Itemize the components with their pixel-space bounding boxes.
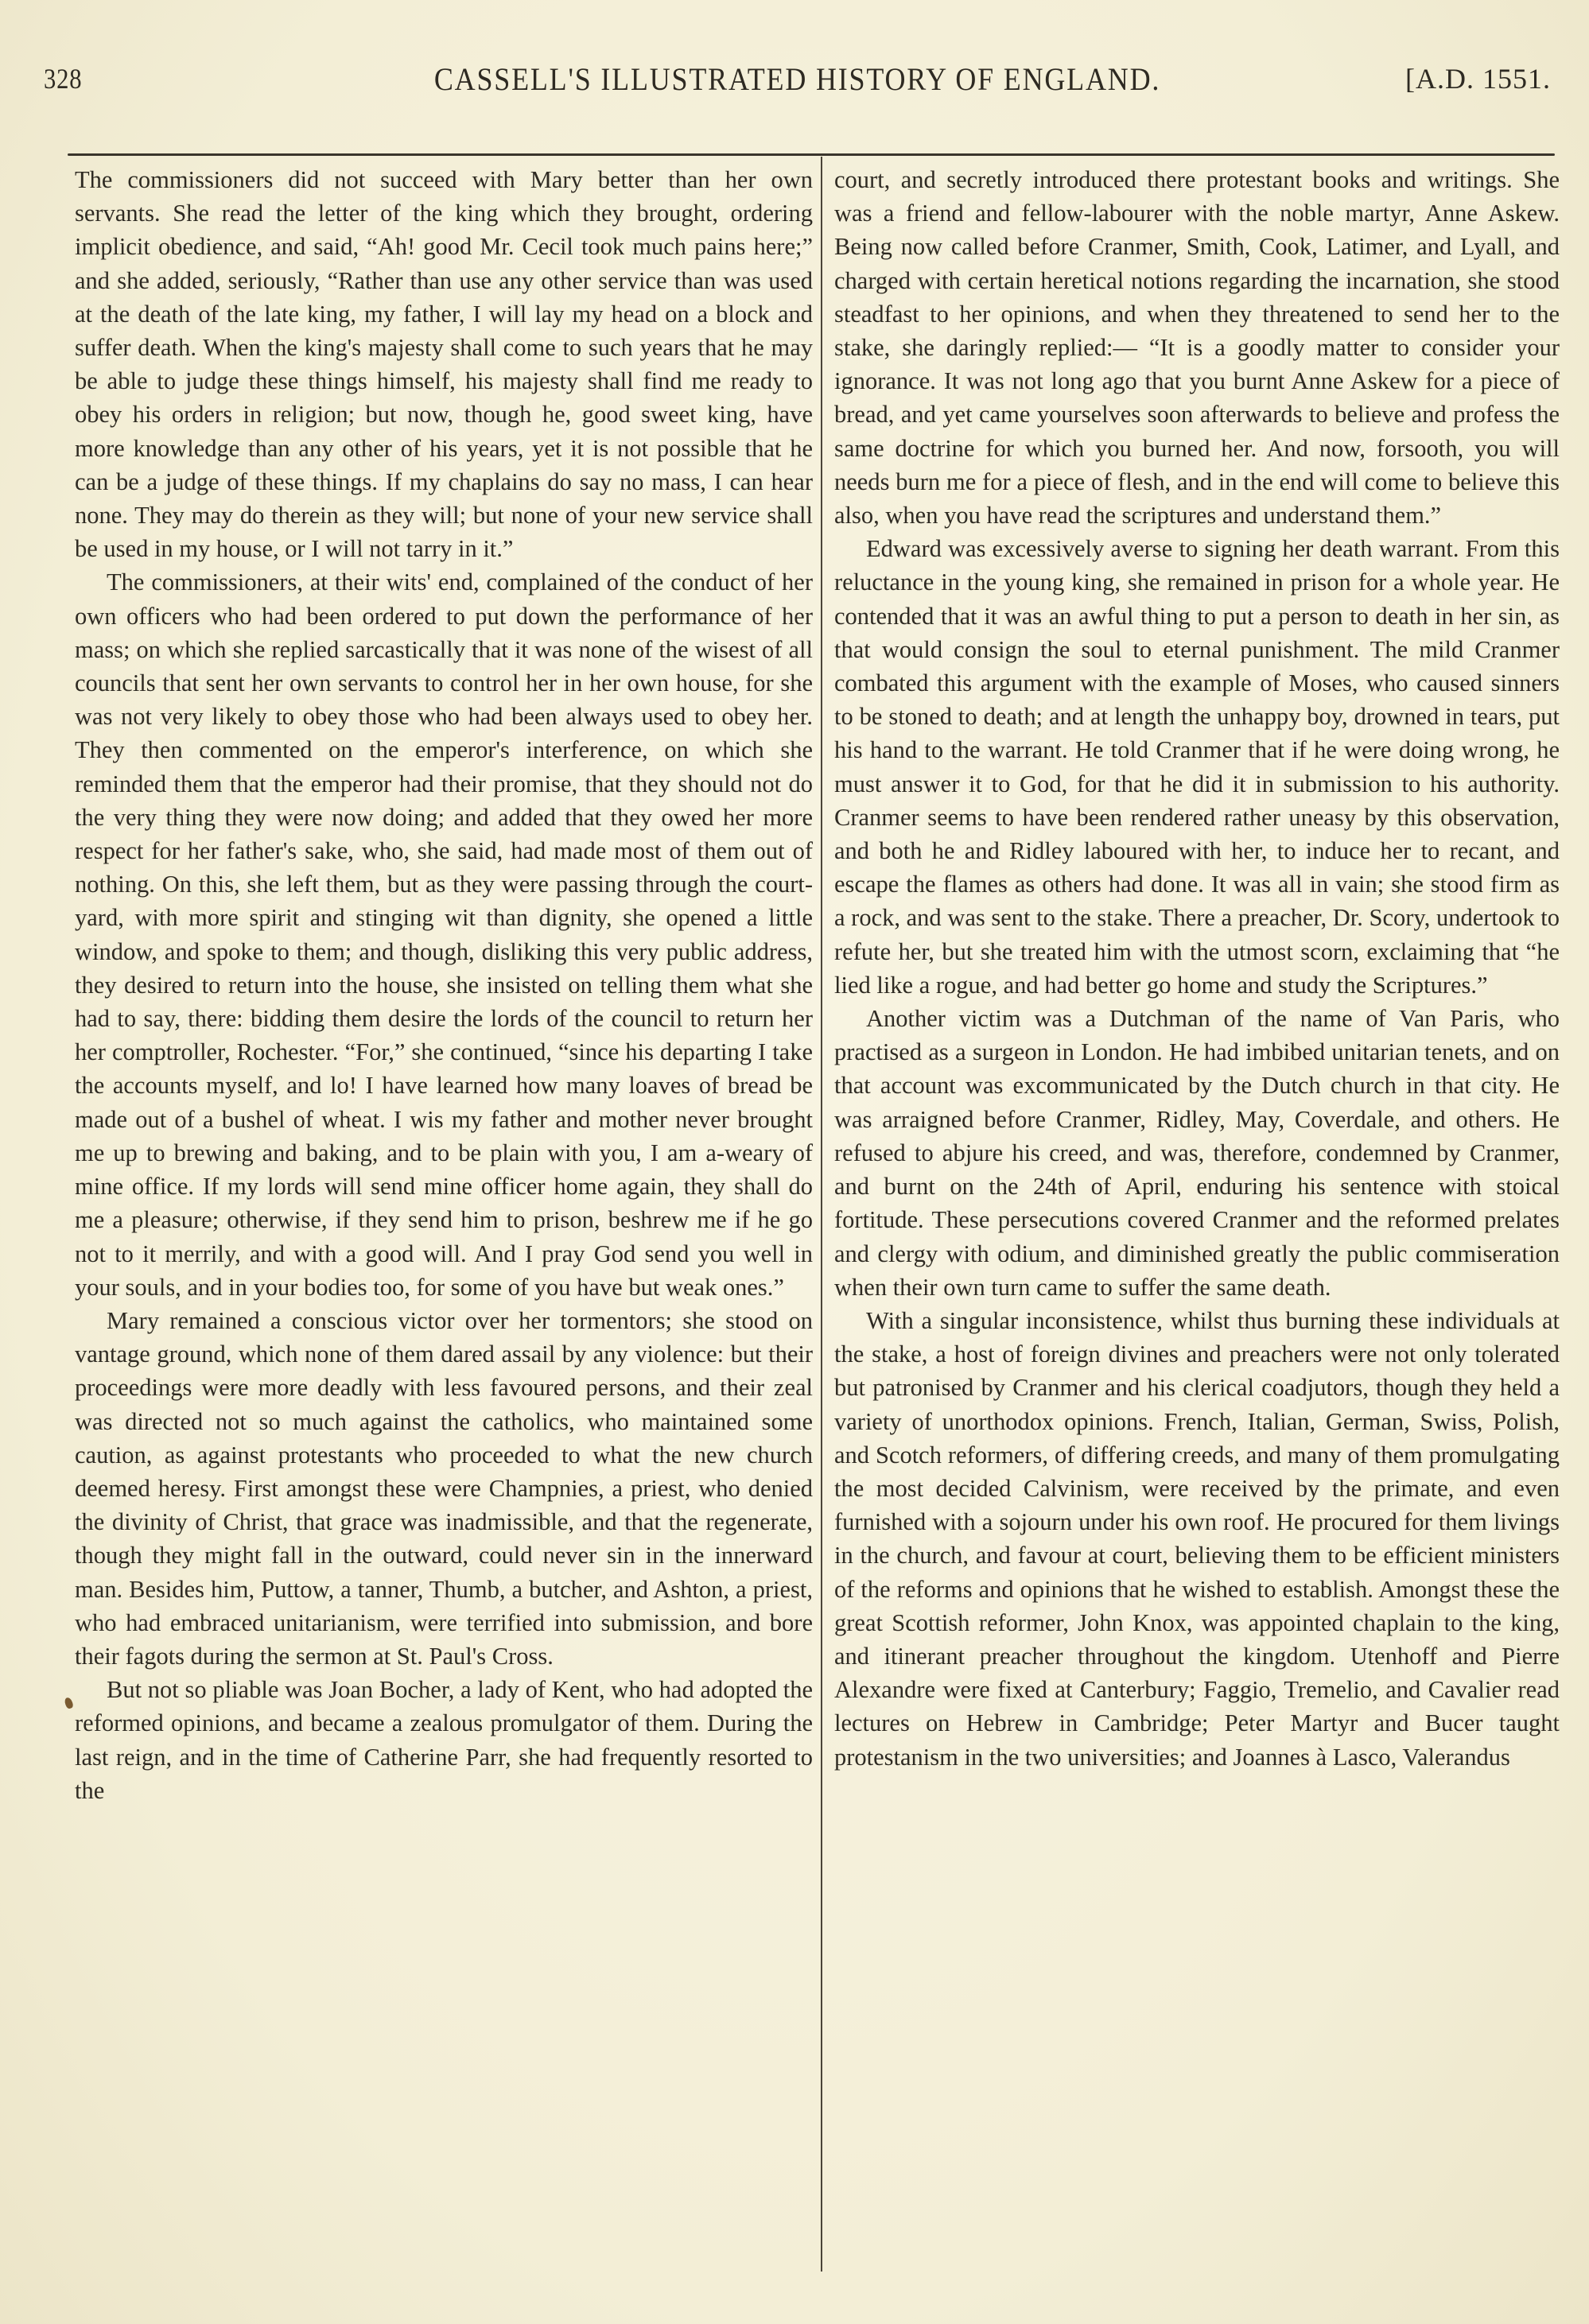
paragraph: The commissioners, at their wits' end, c…	[75, 565, 813, 1303]
left-column: The commissioners did not succeed with M…	[75, 163, 813, 1807]
book-title: CASSELL'S ILLUSTRATED HISTORY OF ENGLAND…	[119, 60, 1476, 98]
scanned-book-page: 328 CASSELL'S ILLUSTRATED HISTORY OF ENG…	[0, 0, 1589, 2324]
paragraph: The commissioners did not succeed with M…	[75, 163, 813, 565]
paragraph: court, and secretly introduced there pro…	[834, 163, 1560, 532]
paragraph: Another victim was a Dutchman of the nam…	[834, 1002, 1560, 1304]
header-rule	[68, 153, 1555, 156]
paragraph: With a singular inconsistence, whilst th…	[834, 1304, 1560, 1774]
paragraph: Edward was excessively averse to signing…	[834, 532, 1560, 1002]
date-reference: [A.D. 1551.	[1405, 62, 1551, 95]
running-head: 328 CASSELL'S ILLUSTRATED HISTORY OF ENG…	[44, 56, 1551, 103]
right-column: court, and secretly introduced there pro…	[834, 163, 1560, 1774]
column-divider	[821, 157, 822, 2272]
page-number: 328	[44, 62, 82, 95]
ink-blot-mark	[64, 1697, 74, 1709]
paragraph: But not so pliable was Joan Bocher, a la…	[75, 1673, 813, 1807]
paragraph: Mary remained a conscious victor over he…	[75, 1304, 813, 1673]
